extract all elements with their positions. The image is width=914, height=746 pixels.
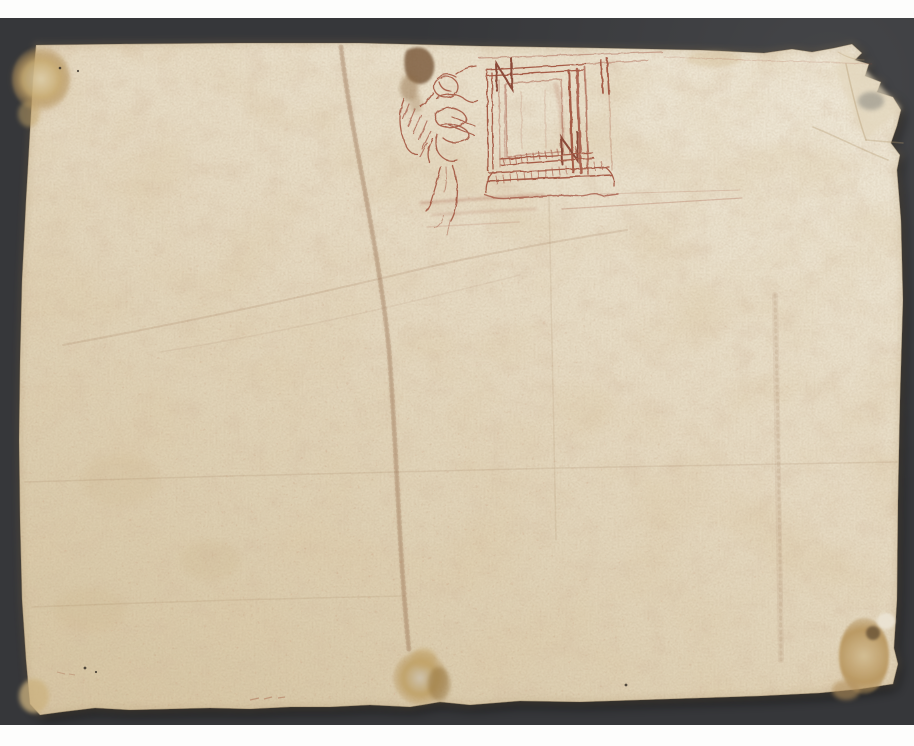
mottle-patch-centre-left <box>180 540 240 580</box>
fold-gray-smudge <box>858 92 884 110</box>
mat-strip-bottom <box>0 725 914 746</box>
artwork-photo: Back of an aged cream laid-paper sheet, … <box>0 0 914 746</box>
stain-bottom-left <box>19 679 49 713</box>
stain-top-left-satellite <box>18 101 40 127</box>
chalk-speckle-layer <box>19 43 903 715</box>
stain-bottom-centre-dark-lobe <box>428 667 450 701</box>
digitized-artwork-page: Back of an aged cream laid-paper sheet, … <box>0 0 914 746</box>
paper-sheet <box>19 43 903 715</box>
mottle-patch-lower-left <box>54 588 126 632</box>
mat-strip-top <box>0 0 914 18</box>
stain-bottom-right-lobe <box>832 680 860 700</box>
stain-bottom-centre-top <box>412 648 436 668</box>
stain-bottom-right-dark-spot <box>866 626 880 640</box>
stain-above-figure-drip <box>410 95 422 113</box>
stain-bottom-right-light-patch <box>877 613 895 629</box>
